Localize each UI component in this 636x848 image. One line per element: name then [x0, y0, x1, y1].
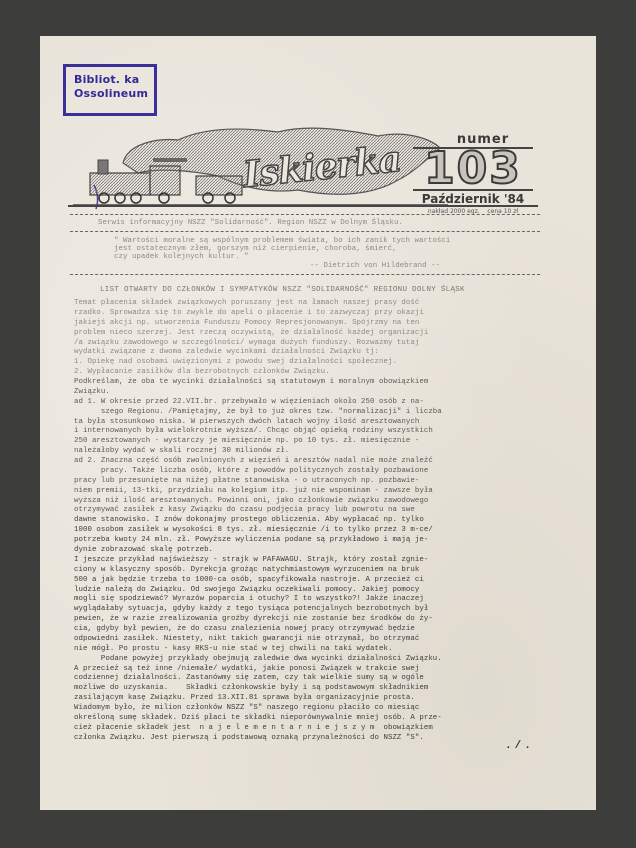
article-line: Wiadomym było, że milion członków NSZZ "…: [74, 704, 419, 713]
article-line: 1000 osobom zasiłek w wysokości 8 tys. z…: [74, 526, 433, 535]
article-line: pracy. Także liczba osób, które z powodó…: [74, 467, 428, 476]
article-line: A przecież są też inne /niemałe/ wydatki…: [74, 665, 419, 674]
article-line: problem nieco szerzej. Jest rzeczą oczyw…: [74, 329, 428, 338]
article-heading: LIST OTWARTY DO CZŁONKÓW I SYMPATYKÓW NS…: [100, 286, 465, 294]
quote-line-3: czy upadek kolejnych kultur. ": [114, 253, 249, 262]
article-line: dawne stanowisko. I znów dokonajmy prost…: [74, 516, 424, 525]
article-line: zasilającym kasę Związku. Przed 13.XII.8…: [74, 694, 415, 703]
article-line: ad 2. Znaczna część osób zwolnionych z w…: [74, 457, 433, 466]
article-line: codziennej działalności. Zastanówmy się …: [74, 674, 424, 683]
article-line: potrzeba kwoty 24 mln. zł. Powyższe wyli…: [74, 536, 428, 545]
article-line: szego Regionu. /Pamiętajmy, że był to ju…: [74, 408, 442, 417]
article-line: ta była stosunkowo niska. W pierwszych d…: [74, 418, 419, 427]
article-line: ad 1. W okresie przed 22.VII.br. przebyw…: [74, 398, 424, 407]
service-line: Serwis informacyjny NSZZ "Solidarność". …: [98, 219, 403, 228]
article-line: cież płacenie składek jest n a j e l e m…: [74, 724, 433, 733]
divider-dashed: [70, 274, 540, 275]
newsletter-page: Bibliot. ka Ossolineum: [40, 36, 596, 810]
end-mark: ./.: [505, 740, 534, 752]
article-line: 2. Wypłacanie zasiłków dla bezrobotnych …: [74, 368, 330, 377]
article-line: pracy lub przesunięte na niżej płatne st…: [74, 477, 419, 486]
article-line: wydatki związane z dwoma zaledwie wycink…: [74, 348, 379, 357]
article-line: Podane powyżej przykłady obejmują zaledw…: [74, 655, 442, 664]
article-line: możliwe do uzyskania. Składki członkowsk…: [74, 684, 428, 693]
article-line: 250 aresztowanych - wystarczy je miesięc…: [74, 437, 419, 446]
issue-number: 103: [413, 147, 533, 191]
article-line: 500 a jak będzie trzeba to 1000-ca osób,…: [74, 576, 424, 585]
article-line: cia, gdyby był pewien, że do czasu znale…: [74, 625, 415, 634]
article-line: mogli się spodziewać? Wyrazów poparcia i…: [74, 595, 424, 604]
divider-dashed: [70, 231, 540, 232]
stamp-line-2: Ossolineum: [74, 87, 154, 101]
article-line: należałoby wydać w skali rocznej 30 mili…: [74, 447, 289, 456]
masthead-rule: [68, 205, 538, 207]
article-line: jakiejś akcji np. utworzenia Funduszu Po…: [74, 319, 419, 328]
article-line: pewien, że w razie zrealizowania groźby …: [74, 615, 433, 624]
article-line: otrzymywać zasiłek z kasy Związku do cza…: [74, 506, 415, 515]
library-stamp: Bibliot. ka Ossolineum: [63, 64, 157, 116]
article-line: 1. Opiekę nad osobami uwięzionymi z powo…: [74, 358, 397, 367]
article-line: nie mógł. Po prostu - kasy RKS-u nie sta…: [74, 645, 392, 654]
article-line: wyglądałaby sytuacja, gdyby każdy z tego…: [74, 605, 428, 614]
article-line: Temat płacenia składek związkowych porus…: [74, 299, 419, 308]
article-line: Podkreślam, że oba te wycinki działalnoś…: [74, 378, 428, 387]
article-line: członka Związku. Jest pierwszą i podstaw…: [74, 734, 424, 743]
article-line: ludzie należą do Związku. Od swojego Zwi…: [74, 586, 419, 595]
quote-attribution: -- Dietrich von Hildebrand --: [310, 262, 440, 271]
article-line: odpowiedni zasiłek. Niestety, nikt takic…: [74, 635, 419, 644]
stamp-line-1: Bibliot. ka: [74, 73, 154, 87]
article-line: I jeszcze przykład najświeższy - strajk …: [74, 556, 428, 565]
article-line: wyższa niż ilość aresztowanych. Powinni …: [74, 497, 428, 506]
divider-dashed: [70, 214, 540, 215]
article-line: określoną sumę składek. Dziś płaci te sk…: [74, 714, 442, 723]
article-line: ciony w klasyczny sposób. Dyrekcja grożą…: [74, 566, 419, 575]
article-line: niem premii, 13-tki, przydziału na koleg…: [74, 487, 433, 496]
article-line: dynie zobrazować skalę potrzeb.: [74, 546, 213, 555]
issue-block: numer 103 Październik '84 nakład 2000 eg…: [413, 132, 533, 215]
article-line: /a związku zawodowego w szczególności/ w…: [74, 339, 419, 348]
article-line: i internowanych była wielokrotnie wyższa…: [74, 427, 433, 436]
issue-date: Październik '84: [413, 192, 533, 206]
article-line: rzadko. Sprowadza się to zwykle do apeli…: [74, 309, 424, 318]
article-line: Związku.: [74, 388, 110, 397]
